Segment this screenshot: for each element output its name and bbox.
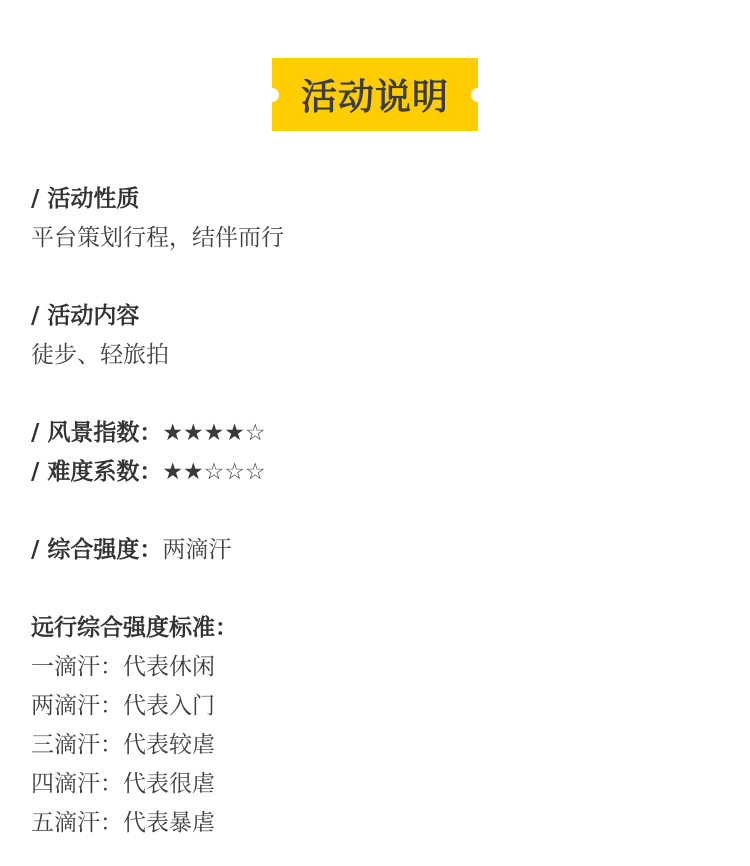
spacer: [31, 375, 721, 414]
standard-heading: 远行综合强度标准：: [31, 609, 721, 648]
ticket-notch-left: [265, 88, 279, 102]
activity-banner: 活动说明: [272, 58, 478, 131]
nature-heading: / 活动性质: [31, 180, 721, 219]
ticket-notch-right: [471, 88, 485, 102]
activity-description: / 活动性质 平台策划行程，结伴而行 / 活动内容 徒步、轻旅拍 / 风景指数：…: [31, 180, 721, 843]
standard-item: 五滴汗：代表暴虐: [31, 804, 721, 843]
spacer: [31, 570, 721, 609]
intensity-row: / 综合强度：两滴汗: [31, 531, 721, 570]
spacer: [31, 258, 721, 297]
standard-item: 三滴汗：代表较虐: [31, 726, 721, 765]
nature-text: 平台策划行程，结伴而行: [31, 219, 721, 258]
intensity-label: / 综合强度：: [31, 537, 162, 563]
scenery-label: / 风景指数：: [31, 420, 162, 446]
standard-item: 两滴汗：代表入门: [31, 687, 721, 726]
difficulty-rating: / 难度系数：★★☆☆☆: [31, 453, 721, 492]
content-heading: / 活动内容: [31, 297, 721, 336]
difficulty-label: / 难度系数：: [31, 459, 162, 485]
page-title: 活动说明: [301, 69, 449, 120]
standard-item: 四滴汗：代表很虐: [31, 765, 721, 804]
spacer: [31, 492, 721, 531]
star-rating-icon: ★★★★☆: [162, 420, 265, 446]
content-text: 徒步、轻旅拍: [31, 336, 721, 375]
star-rating-icon: ★★☆☆☆: [162, 459, 265, 485]
scenery-rating: / 风景指数：★★★★☆: [31, 414, 721, 453]
ticket-label: 活动说明: [272, 58, 478, 131]
intensity-value: 两滴汗: [162, 537, 231, 563]
standard-item: 一滴汗：代表休闲: [31, 648, 721, 687]
